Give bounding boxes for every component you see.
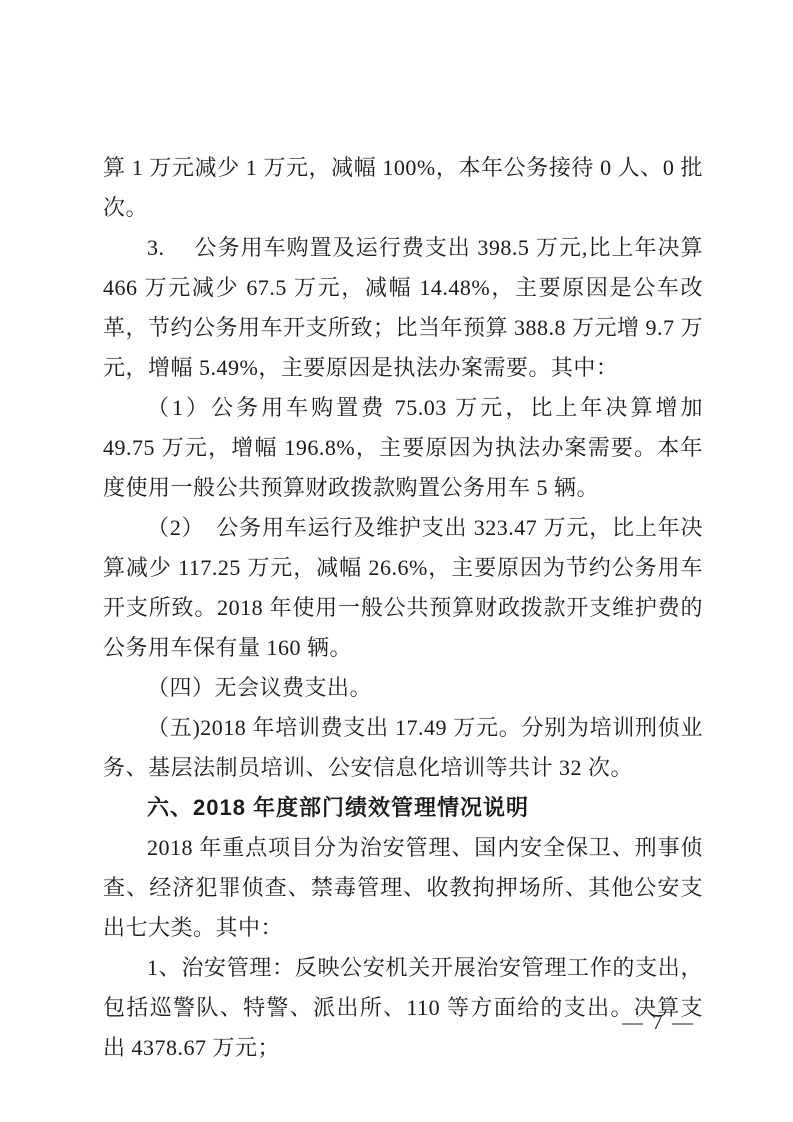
paragraph-vehicle-purchase: （1）公务用车购置费 75.03 万元，比上年决算增加 49.75 万元，增幅 … (103, 388, 703, 508)
page-number: — 7 — (622, 1008, 695, 1036)
paragraph-public-security-management: 1、治安管理：反映公安机关开展治安管理工作的支出，包括巡警队、特警、派出所、11… (103, 948, 703, 1068)
document-page: 算 1 万元减少 1 万元，减幅 100%，本年公务接待 0 人、0 批次。 3… (0, 0, 793, 1122)
paragraph-key-projects: 2018 年重点项目分为治安管理、国内安全保卫、刑事侦查、经济犯罪侦查、禁毒管理… (103, 828, 703, 948)
paragraph-vehicle-total: 3. 公务用车购置及运行费支出 398.5 万元,比上年决算 466 万元减少 … (103, 228, 703, 388)
paragraph-no-meeting-expense: （四）无会议费支出。 (103, 668, 703, 708)
document-body: 算 1 万元减少 1 万元，减幅 100%，本年公务接待 0 人、0 批次。 3… (103, 148, 703, 1068)
section-heading-performance-management: 六、2018 年度部门绩效管理情况说明 (103, 788, 703, 828)
paragraph-training-expense: （五)2018 年培训费支出 17.49 万元。分别为培训刑侦业务、基层法制员培… (103, 708, 703, 788)
paragraph-vehicle-maintenance: （2） 公务用车运行及维护支出 323.47 万元，比上年决算减少 117.25… (103, 508, 703, 668)
paragraph-reception-continuation: 算 1 万元减少 1 万元，减幅 100%，本年公务接待 0 人、0 批次。 (103, 148, 703, 228)
